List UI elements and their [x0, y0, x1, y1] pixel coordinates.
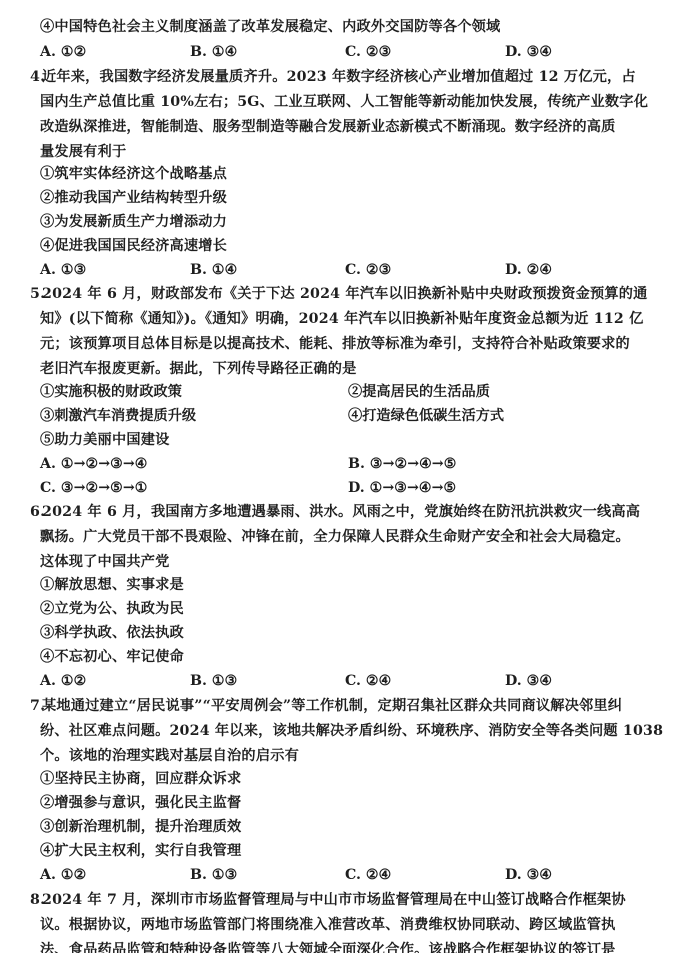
q5-option-d[interactable]: D. ①→③→④→⑤ — [348, 479, 456, 497]
q5-statement-3: ③刺激汽车消费提质升级 — [40, 407, 196, 425]
q7-statement-4: ④扩大民主权利，实行自我管理 — [40, 842, 241, 860]
q7-statement-2: ②增强参与意识，强化民主监督 — [40, 794, 241, 812]
q6-stem-line-3: 这体现了中国共产党 — [40, 553, 170, 571]
q7-stem-line-1: 7.某地通过建立“居民说事”“平安周例会”等工作机制，定期召集社区群众共同商议解… — [30, 697, 622, 715]
exam-page: ④中国特色社会主义制度涵盖了改革发展稳定、内政外交国防等各个领域 A. ①② B… — [0, 0, 692, 953]
q4-option-c[interactable]: C. ②③ — [345, 261, 391, 279]
q5-options-row-2: C. ③→②→⑤→① D. ①→③→④→⑤ — [0, 479, 692, 497]
q4-statement-4: ④促进我国国民经济高速增长 — [40, 237, 227, 255]
q3-options: A. ①② B. ①④ C. ②③ D. ③④ — [0, 43, 692, 61]
q7-stem-line-3: 个。该地的治理实践对基层自治的启示有 — [40, 747, 299, 765]
q5-statement-5: ⑤助力美丽中国建设 — [40, 431, 170, 449]
q3-option-b[interactable]: B. ①④ — [190, 43, 237, 61]
q6-options: A. ①② B. ①③ C. ②④ D. ③④ — [0, 672, 692, 690]
q6-option-d[interactable]: D. ③④ — [505, 672, 552, 690]
q4-stem-line-2: 国内生产总值比重 10%左右；5G、工业互联网、人工智能等新动能加快发展，传统产… — [40, 93, 648, 111]
q5-option-b[interactable]: B. ③→②→④→⑤ — [348, 455, 456, 473]
q5-statement-2: ②提高居民的生活品质 — [348, 383, 490, 401]
q4-statement-3: ③为发展新质生产力增添动力 — [40, 213, 227, 231]
q7-stem-line-2: 纷、社区难点问题。2024 年以来，该地共解决矛盾纠纷、环境秩序、消防安全等各类… — [40, 722, 663, 740]
q6-statement-4: ④不忘初心、牢记使命 — [40, 648, 184, 666]
q3-option-a[interactable]: A. ①② — [40, 43, 86, 61]
q6-number: 6. — [30, 503, 42, 521]
q8-stem-line-2: 议。根据协议，两地市场监管部门将围绕准入准营改革、消费维权协同联动、跨区域监管执 — [40, 916, 616, 934]
q4-stem-line-4: 量发展有利于 — [40, 143, 126, 161]
q7-option-b[interactable]: B. ①③ — [190, 866, 237, 884]
q5-option-c[interactable]: C. ③→②→⑤→① — [40, 479, 147, 497]
q6-stem-line-2: 飘扬。广大党员干部不畏艰险、冲锋在前，全力保障人民群众生命财产安全和社会大局稳定… — [40, 528, 630, 546]
q5-statements-row-1: ①实施积极的财政政策 ②提高居民的生活品质 — [0, 383, 692, 401]
q3-statement-4: ④中国特色社会主义制度涵盖了改革发展稳定、内政外交国防等各个领域 — [40, 18, 500, 36]
q4-statement-1: ①筑牢实体经济这个战略基点 — [40, 165, 227, 183]
q6-statement-1: ①解放思想、实事求是 — [40, 576, 184, 594]
q7-option-c[interactable]: C. ②④ — [345, 866, 391, 884]
q6-option-c[interactable]: C. ②④ — [345, 672, 391, 690]
q4-option-a[interactable]: A. ①③ — [40, 261, 86, 279]
q4-options: A. ①③ B. ①④ C. ②③ D. ②④ — [0, 261, 692, 279]
q4-stem-line-3: 改造纵深推进，智能制造、服务型制造等融合发展新业态新模式不断涌现。数字经济的高质 — [40, 118, 616, 136]
q7-options: A. ①② B. ①③ C. ②④ D. ③④ — [0, 866, 692, 884]
q5-option-a[interactable]: A. ①→②→③→④ — [40, 455, 147, 473]
q7-statement-3: ③创新治理机制，提升治理质效 — [40, 818, 241, 836]
q6-option-b[interactable]: B. ①③ — [190, 672, 237, 690]
q5-stem-line-3: 元；该预算项目总体目标是以提高技术、能耗、排放等标准为牵引，支持符合补贴政策要求… — [40, 335, 630, 353]
q5-stem-line-2: 知》(以下简称《通知》)。《通知》明确，2024 年汽车以旧换新补贴年度资金总额… — [40, 310, 644, 328]
q6-statement-2: ②立党为公、执政为民 — [40, 600, 184, 618]
q8-stem-line-1: 8.2024 年 7 月，深圳市市场监督管理局与中山市市场监督管理局在中山签订战… — [30, 891, 626, 909]
q4-number: 4. — [30, 68, 42, 86]
q5-statement-4: ④打造绿色低碳生活方式 — [348, 407, 504, 425]
q5-stem-line-4: 老旧汽车报废更新。据此，下列传导路径正确的是 — [40, 360, 357, 378]
q4-stem-line-1: 4.近年来，我国数字经济发展量质齐升。2023 年数字经济核心产业增加值超过 1… — [30, 68, 636, 86]
q4-option-d[interactable]: D. ②④ — [505, 261, 552, 279]
q6-stem-line-1: 6.2024 年 6 月，我国南方多地遭遇暴雨、洪水。风雨之中，党旗始终在防汛抗… — [30, 503, 640, 521]
q7-option-a[interactable]: A. ①② — [40, 866, 86, 884]
q5-options-row-1: A. ①→②→③→④ B. ③→②→④→⑤ — [0, 455, 692, 473]
q7-option-d[interactable]: D. ③④ — [505, 866, 552, 884]
q8-number: 8. — [30, 891, 42, 909]
q6-option-a[interactable]: A. ①② — [40, 672, 86, 690]
q5-number: 5. — [30, 285, 42, 303]
q3-option-c[interactable]: C. ②③ — [345, 43, 391, 61]
q4-statement-2: ②推动我国产业结构转型升级 — [40, 189, 227, 207]
q5-statements-row-2: ③刺激汽车消费提质升级 ④打造绿色低碳生活方式 — [0, 407, 692, 425]
q5-stem-line-1: 5.2024 年 6 月，财政部发布《关于下达 2024 年汽车以旧换新补贴中央… — [30, 285, 648, 303]
q8-stem-line-3: 法、食品药品监管和特种设备监管等八大领域全面深化合作。该战略合作框架协议的签订是 — [40, 941, 616, 953]
q6-statement-3: ③科学执政、依法执政 — [40, 624, 184, 642]
q5-statement-1: ①实施积极的财政政策 — [40, 383, 182, 401]
q3-option-d[interactable]: D. ③④ — [505, 43, 552, 61]
q7-statement-1: ①坚持民主协商，回应群众诉求 — [40, 770, 241, 788]
q7-number: 7. — [30, 697, 42, 715]
q4-option-b[interactable]: B. ①④ — [190, 261, 237, 279]
